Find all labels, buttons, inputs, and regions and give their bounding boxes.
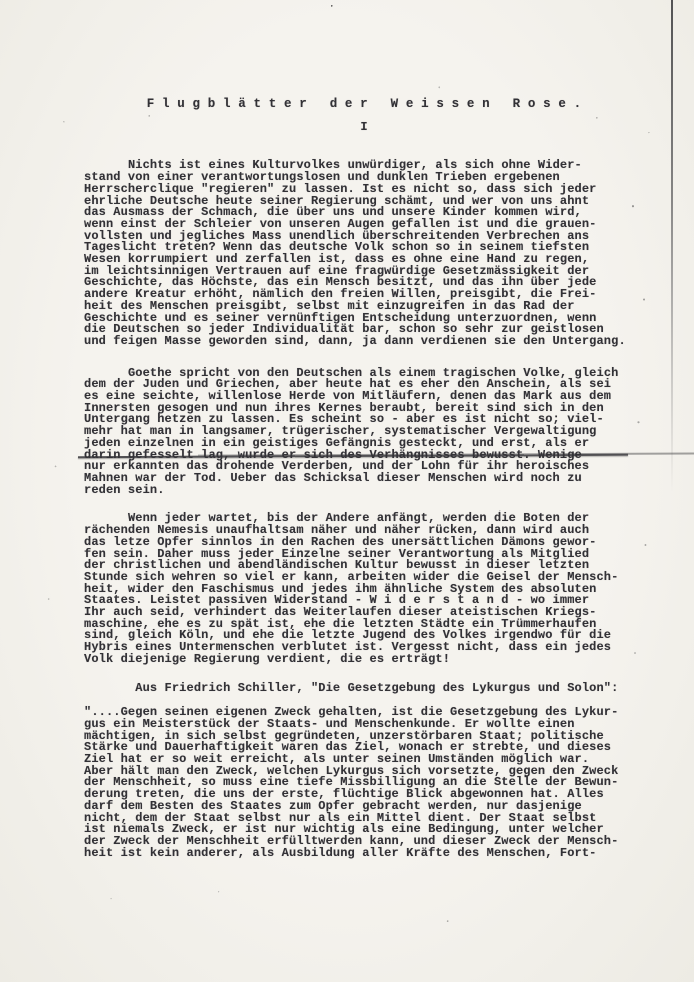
section-numeral: I: [84, 122, 644, 134]
scanned-page: F l u g b l ä t t e r d e r W e i s s e …: [0, 0, 694, 982]
scan-edge-line: [671, 0, 673, 492]
paragraph-1: Nichts ist eines Kulturvolkes unwürdiger…: [84, 160, 644, 347]
schiller-quote: "....Gegen seinen eigenen Zweck gehalten…: [84, 707, 644, 859]
paragraph-3: Wenn jeder wartet, bis der Andere anfäng…: [84, 513, 644, 665]
paragraph-2: Goethe spricht von den Deutschen als ein…: [84, 368, 644, 497]
leaflet-title: F l u g b l ä t t e r d e r W e i s s e …: [84, 99, 644, 111]
schiller-attribution: Aus Friedrich Schiller, "Die Gesetzgebun…: [84, 683, 644, 695]
paragraph-2-text: Goethe spricht von den Deutschen als ein…: [84, 368, 644, 497]
leaflet-content: F l u g b l ä t t e r d e r W e i s s e …: [84, 99, 644, 859]
